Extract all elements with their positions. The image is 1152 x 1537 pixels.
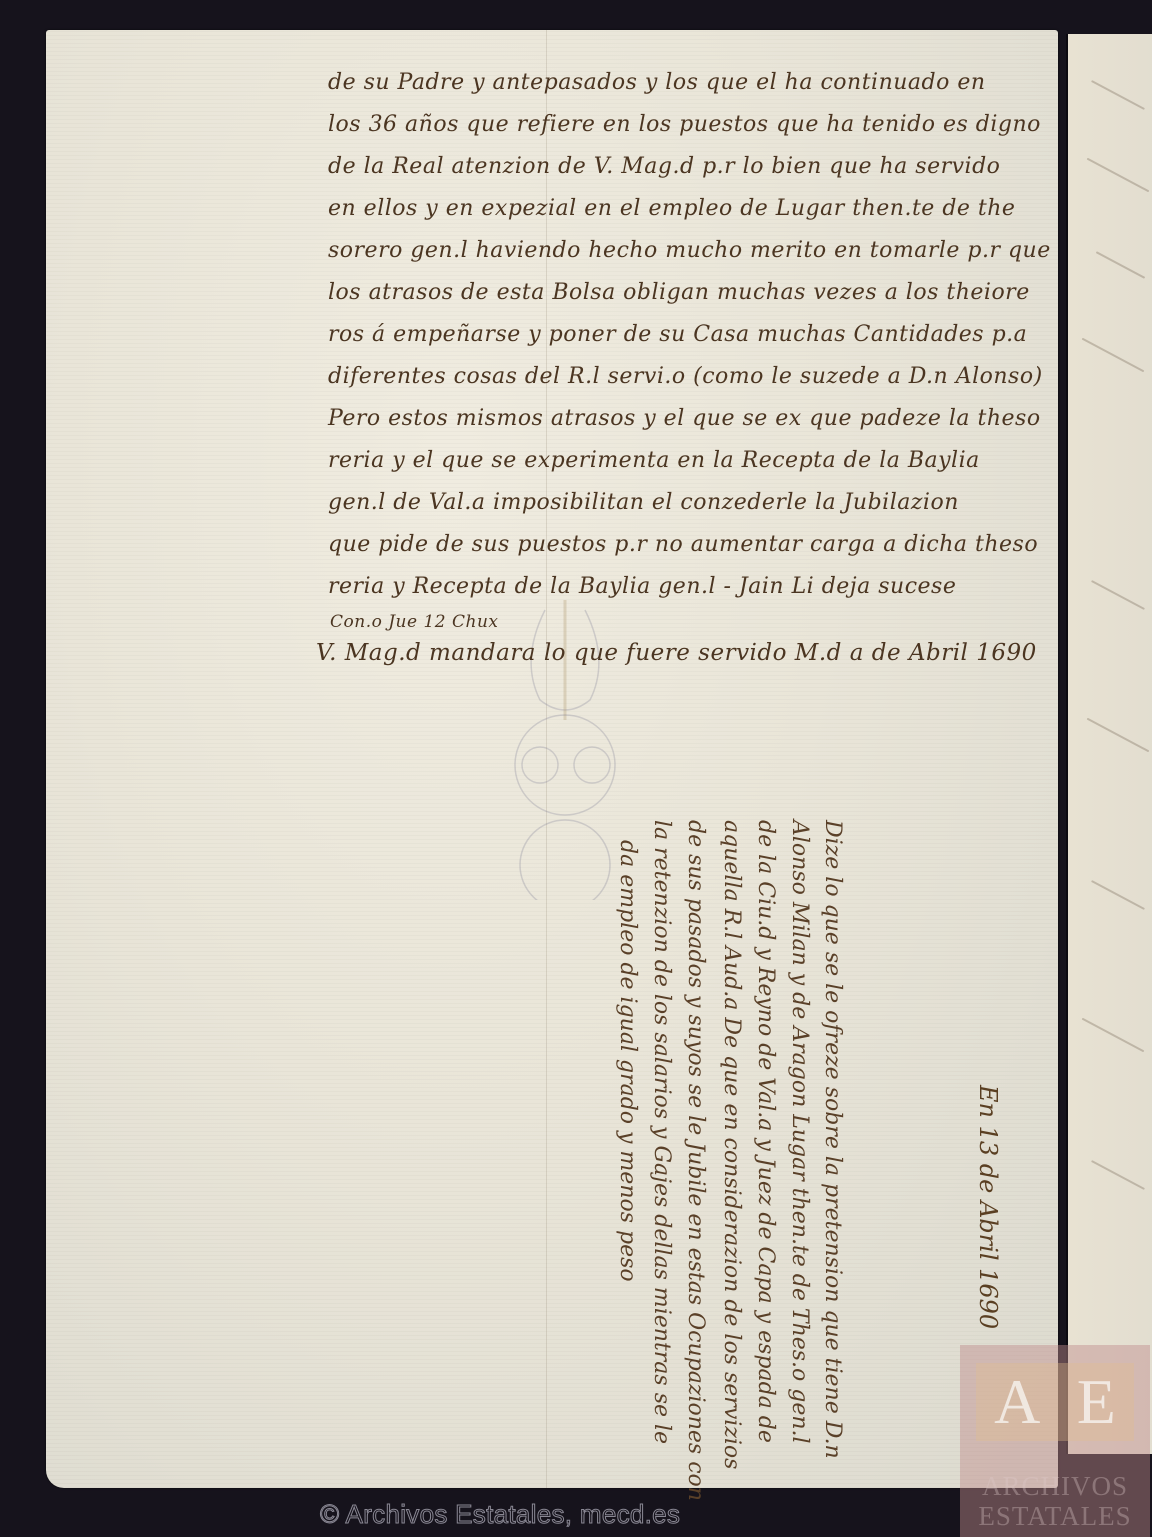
marginal-line: aquella R.l Aud.a De que en considerazio… <box>719 820 744 1469</box>
text-line: en ellos y en expezial en el empleo de L… <box>328 196 1015 221</box>
copyright-notice: © Archivos Estatales, mecd.es <box>320 1499 680 1530</box>
logo-letter-e: E <box>1077 1370 1116 1434</box>
logo-line-1: ARCHIVOS <box>960 1473 1150 1500</box>
adjacent-page-edge <box>1066 34 1152 1454</box>
text-line: ros á empeñarse y poner de su Casa mucha… <box>328 322 1027 347</box>
marginal-line: da empleo de igual grado y menos peso <box>615 840 640 1282</box>
text-line: los atrasos de esta Bolsa obligan muchas… <box>328 280 1030 305</box>
logo-letter-a: A <box>994 1370 1040 1434</box>
text-line: los 36 años que refiere en los puestos q… <box>328 112 1041 137</box>
logo-line-2: ESTATALES <box>960 1503 1150 1530</box>
signature-line: Con.o Jue 12 Chux <box>330 612 499 632</box>
text-line: que pide de sus puestos p.r no aumentar … <box>328 532 1038 557</box>
text-line: diferentes cosas del R.l servi.o (como l… <box>328 364 1043 389</box>
text-line: reria y Recepta de la Baylia gen.l - Jai… <box>328 574 956 599</box>
text-line: sorero gen.l haviendo hecho mucho merito… <box>328 238 1051 263</box>
text-line: de la Real atenzion de V. Mag.d p.r lo b… <box>328 154 1000 179</box>
text-line: gen.l de Val.a imposibilitan el conzeder… <box>328 490 959 515</box>
date-note: En 13 de Abril 1690 <box>974 1085 1002 1329</box>
marginal-line: de la Ciu.d y Reyno de Val.a y Juez de C… <box>753 820 778 1443</box>
marginal-line: de sus pasados y suyos se le Jubile en e… <box>683 820 708 1501</box>
text-line: Pero estos mismos atrasos y el que se ex… <box>328 406 1041 431</box>
archivos-estatales-logo: A E ARCHIVOS ESTATALES <box>960 1345 1150 1537</box>
text-line: reria y el que se experimenta en la Rece… <box>328 448 980 473</box>
marginal-line: Dize lo que se le ofreze sobre la preten… <box>820 820 845 1459</box>
marginal-line: Alonso Milan y de Aragon Lugar then.te d… <box>787 820 812 1444</box>
marginal-line: la retenzion de los salarios y Gajes del… <box>649 820 674 1444</box>
closing-line: V. Mag.d mandara lo que fuere servido M.… <box>316 640 1037 666</box>
text-line: de su Padre y antepasados y los que el h… <box>328 70 986 95</box>
